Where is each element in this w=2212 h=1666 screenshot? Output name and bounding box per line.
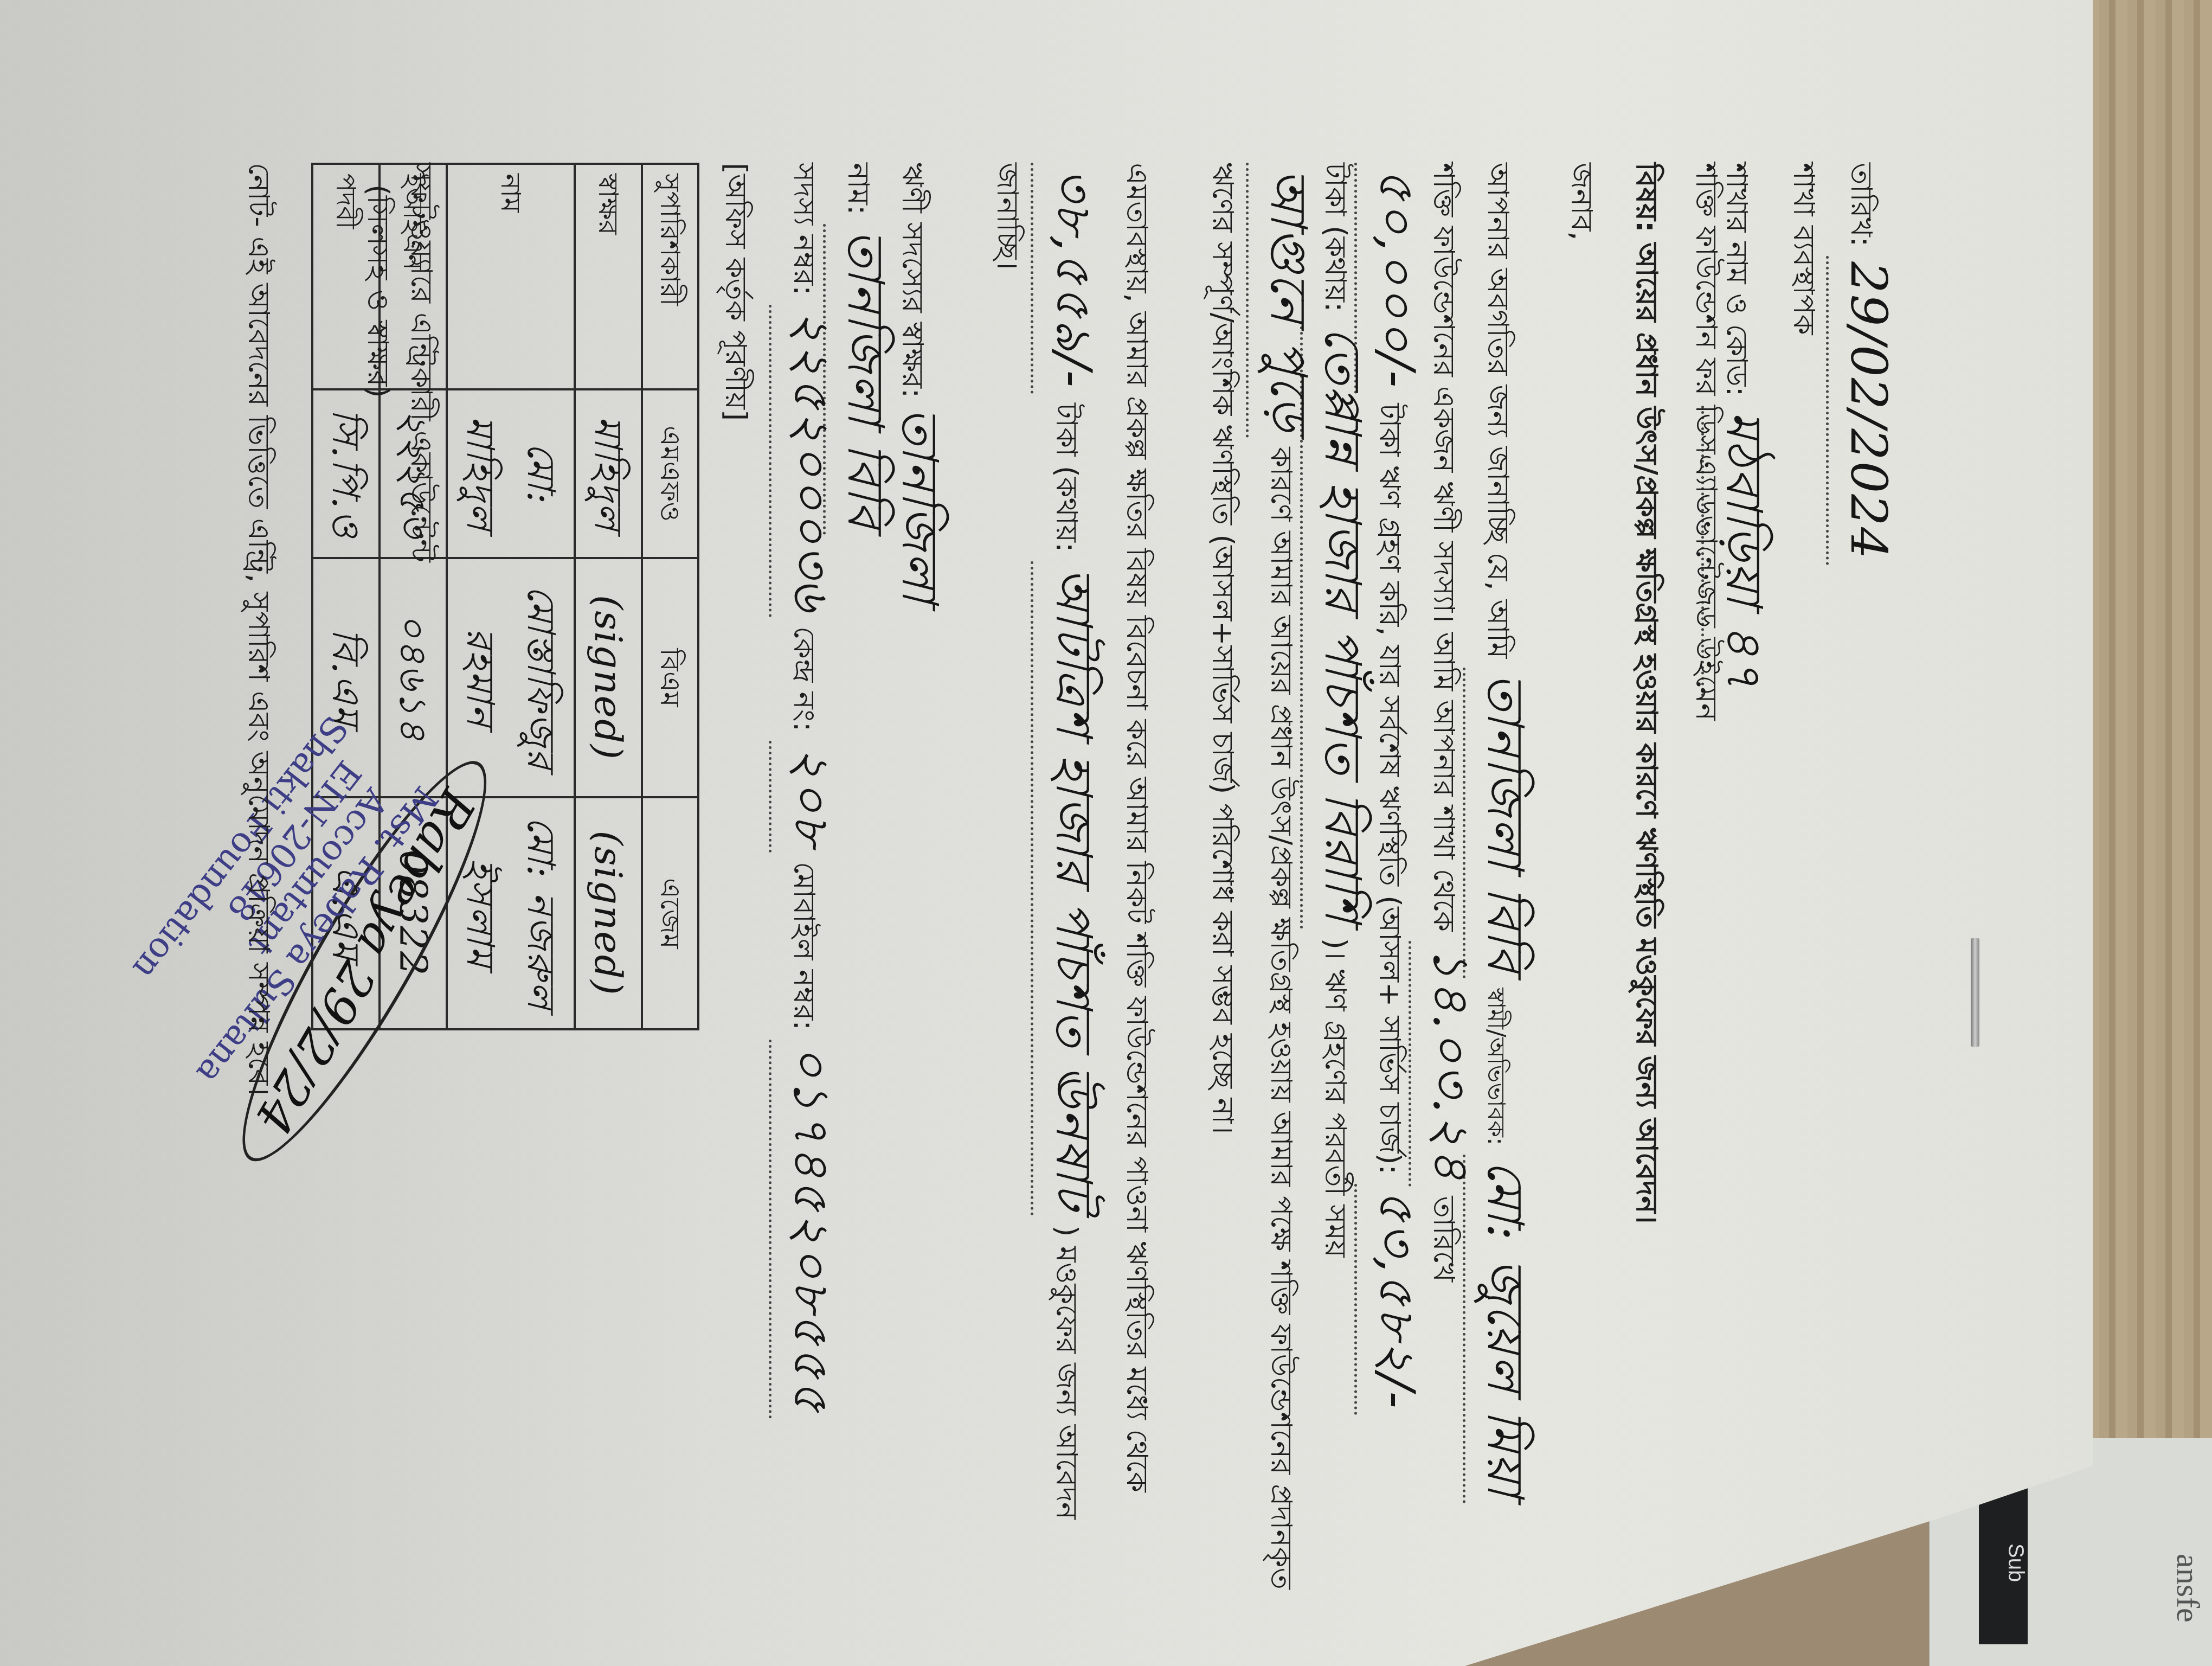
office-section-title: [অফিস কর্তৃক পূরণীয়] [712, 163, 759, 421]
table-row: নাম মো: মাহিদুল মোস্তাফিজুর রহমান মো: নজ… [447, 164, 575, 1029]
signature-cell[interactable]: (signed) [575, 797, 642, 1029]
member-number-field[interactable]: ২২৫২০০০৩৬ [769, 305, 851, 617]
signature-cell[interactable]: (signed) [575, 558, 642, 797]
signature-cell[interactable]: মাহিদুল [575, 389, 642, 558]
footer-note: নোট- এই আবেদনের ভিত্তিতে এন্ট্রি, সুপারি… [235, 163, 282, 1096]
table-header: বিএম [642, 558, 698, 797]
member-ids-row: সদস্য নম্বর: ২২৫২০০০৩৬ কেন্দ্র নং: ২০৮ ম… [769, 163, 851, 1419]
accountant-label: সফটওয়্যারে এন্ট্রিকারী একাউন্টেন্ট [398, 163, 445, 562]
staple-icon [1971, 938, 1979, 1047]
table-header-row: সুপারিশকারী এমএফও বিএম এজেম [642, 164, 698, 1029]
table-header: এমএফও [642, 389, 698, 558]
date-field[interactable]: 29/02/2024 [1826, 256, 1908, 565]
underlying-paper-edge-text: ansfe [2169, 1554, 2207, 1623]
accountant-sub-label: (সিলসহ ও স্বাক্ষর) [355, 184, 401, 398]
recipient-title: শাখা ব্যবস্থাপক [1780, 163, 1827, 335]
cause-field[interactable]: আগুনে পুড়ে [1246, 163, 1328, 438]
table-header: সুপারিশকারী [642, 164, 698, 389]
salutation: জনাব, [1558, 163, 1605, 240]
name-cell[interactable]: মোস্তাফিজুর রহমান [447, 558, 575, 797]
center-number-field[interactable]: ২০৮ [769, 741, 851, 852]
table-row: স্বাক্ষর মাহিদুল (signed) (signed) [575, 164, 642, 1029]
waiver-words-field[interactable]: আটত্রিশ হাজার পাঁচশত ঊনষাট [1031, 561, 1113, 1216]
name-cell[interactable]: মো: মাহিদুল [447, 389, 575, 558]
table-header: এজেম [642, 797, 698, 1029]
designation-cell[interactable]: সি.পি.ও [312, 389, 380, 558]
application-form: তারিখ: 29/02/2024 শাখা ব্যবস্থাপক শাখার … [173, 163, 1908, 1627]
mobile-number-field[interactable]: ০১৭৪৫২০৮৫৫৫ [769, 1040, 851, 1419]
date-row: তারিখ: 29/02/2024 [1826, 163, 1908, 565]
para1-line5: আগুনে পুড়ে কারণে আমার আয়ের প্রধান উৎস/… [1199, 163, 1328, 1627]
subject-line: বিষয়: আয়ের প্রধান উৎস/প্রকল্প ক্ষতিগ্র… [1623, 163, 1670, 1224]
para2: এমতাবস্থায়, আমার প্রকল্প ক্ষতির বিষয় ব… [984, 163, 1160, 1627]
organization-name: শক্তি ফাউন্ডেশন ফর ডিসএ্যাডভান্টেজড উইমে… [1683, 163, 1729, 721]
waiver-amount-field[interactable]: ৩৮,৫৫৯/- [1031, 163, 1113, 394]
